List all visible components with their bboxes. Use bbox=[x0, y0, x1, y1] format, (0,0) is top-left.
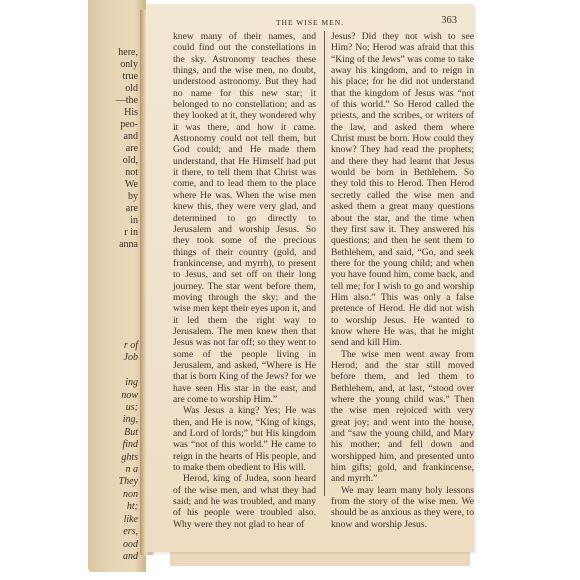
left-text-column: knew many of their names, and could find… bbox=[173, 31, 316, 530]
paragraph: Was Jesus a king? Yes; He was then, and … bbox=[173, 405, 316, 473]
paragraph: knew many of their names, and could find… bbox=[173, 31, 316, 405]
book-page: THE WISE MEN. 363 knew many of their nam… bbox=[146, 4, 474, 552]
running-head: THE WISE MEN. bbox=[146, 18, 474, 27]
paragraph: Jesus? Did they not wish to see Him? No;… bbox=[331, 31, 474, 349]
paragraph: The wise men went away from Herod; and t… bbox=[331, 349, 474, 485]
left-page-fragments-top: here,only trueold —theHis peo-and areold… bbox=[116, 47, 138, 251]
paragraph: We may learn many holy lessons from the … bbox=[331, 485, 474, 530]
paragraph: Herod, king of Judea, soon heard of the … bbox=[173, 473, 316, 530]
page-number: 363 bbox=[441, 15, 457, 26]
page-edge-below bbox=[170, 552, 470, 566]
column-divider bbox=[324, 31, 325, 496]
left-page-fragments-bottom: r ofJob ingnow us;ing, Butfind ghtsn a T… bbox=[119, 340, 138, 563]
facing-left-page: here,only trueold —theHis peo-and areold… bbox=[88, 0, 146, 572]
right-text-column: Jesus? Did they not wish to see Him? No;… bbox=[331, 31, 474, 530]
